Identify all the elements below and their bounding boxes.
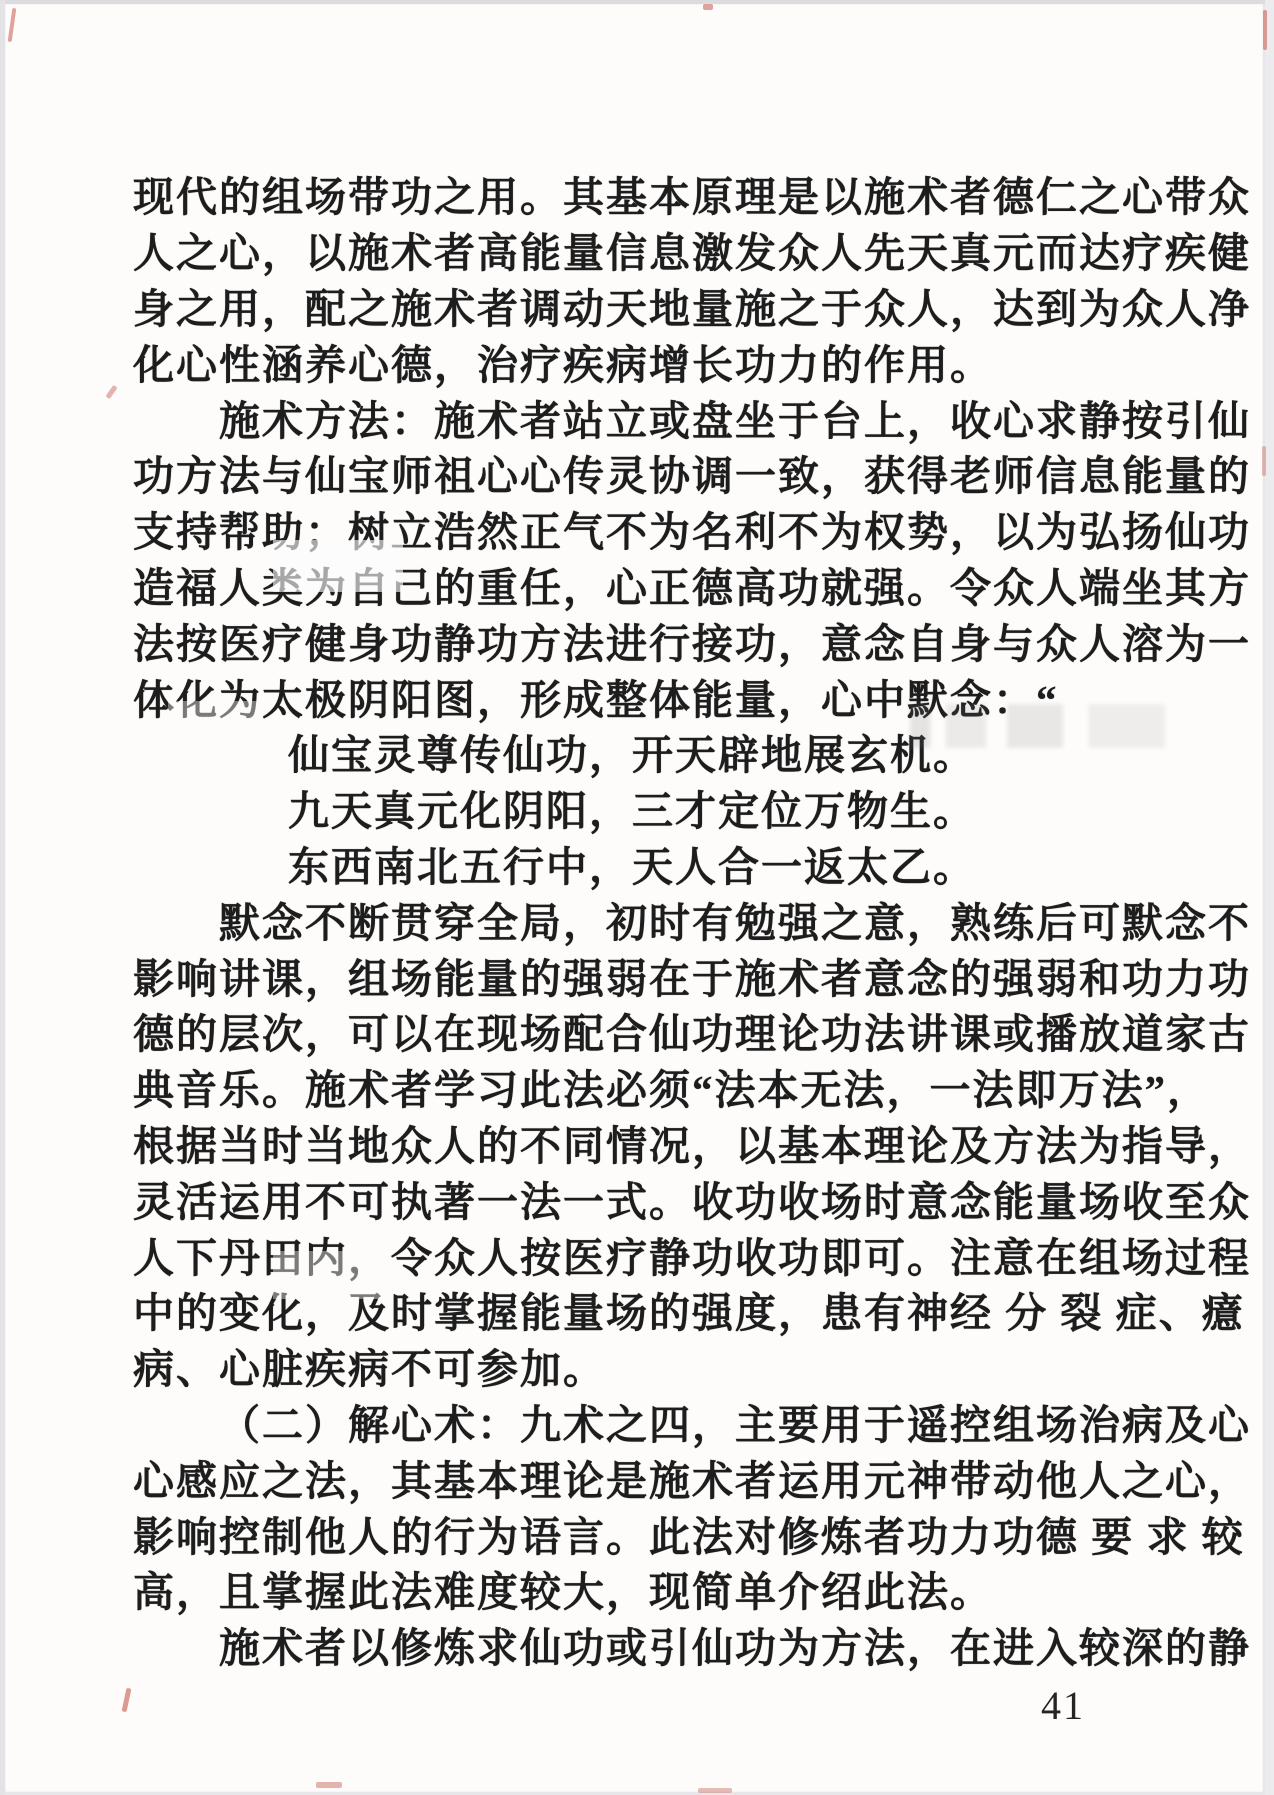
text-line-10: 体化为太极阴阳图，形成整体能量，心中默念：“ bbox=[133, 668, 1168, 724]
text-line-20: 人下丹田内，令众人按医疗静功收功即可。注意在组场过程 bbox=[133, 1226, 1168, 1282]
text-line-7: 支持帮助；树立浩然正气不为名利不为权势，以为弘扬仙功 bbox=[133, 501, 1168, 557]
text-line-21: 中的变化，及时掌握能量场的强度，患有神经 分 裂 症、癔 bbox=[133, 1282, 1168, 1338]
text-line-27: 施术者以修炼求仙功或引仙功为方法，在进入较深的静 bbox=[133, 1617, 1168, 1673]
text-line-24: 心感应之法，其基本理论是施术者运用元神带动他人之心， bbox=[133, 1449, 1168, 1505]
text-line-1: 现代的组场带功之用。其基本原理是以施术者德仁之心带众 bbox=[133, 166, 1168, 222]
text-line-14: 默念不断贯穿全局，初时有勉强之意，熟练后可默念不 bbox=[133, 891, 1168, 947]
scan-edge-right bbox=[1265, 0, 1274, 1795]
text-line-18: 根据当时当地众人的不同情况，以基本理论及方法为指导， bbox=[133, 1115, 1168, 1171]
text-line-25: 影响控制他人的行为语言。此法对修炼者功力功德 要 求 较 bbox=[133, 1505, 1168, 1561]
text-line-19: 灵活运用不可执著一法一式。收功收场时意念能量场收至众 bbox=[133, 1170, 1168, 1226]
page-text: 现代的组场带功之用。其基本原理是以施术者德仁之心带众人之心，以施术者高能量信息激… bbox=[133, 166, 1168, 1673]
text-line-17: 典音乐。施术者学习此法必须“法本无法，一法即万法”， bbox=[133, 1059, 1168, 1115]
text-line-22: 病、心脏疾病不可参加。 bbox=[133, 1338, 1168, 1394]
text-line-2: 人之心，以施术者高能量信息激发众人先天真元而达疗疾健 bbox=[133, 222, 1168, 278]
text-line-16: 德的层次，可以在现场配合仙功理论功法讲课或播放道家古 bbox=[133, 1003, 1168, 1059]
text-line-5: 施术方法：施术者站立或盘坐于台上，收心求静按引仙 bbox=[133, 389, 1168, 445]
scanned-book-page: 现代的组场带功之用。其基本原理是以施术者德仁之心带众人之心，以施术者高能量信息激… bbox=[0, 0, 1274, 1795]
paper-surface: 现代的组场带功之用。其基本原理是以施术者德仁之心带众人之心，以施术者高能量信息激… bbox=[5, 4, 1263, 1792]
text-line-12: 九天真元化阴阳，三才定位万物生。 bbox=[133, 780, 1168, 836]
text-line-4: 化心性涵养心德，治疗疾病增长功力的作用。 bbox=[133, 333, 1168, 389]
text-line-15: 影响讲课，组场能量的强弱在于施术者意念的强弱和功力功 bbox=[133, 947, 1168, 1003]
text-line-6: 功方法与仙宝师祖心心传灵协调一致，获得老师信息能量的 bbox=[133, 445, 1168, 501]
text-line-3: 身之用，配之施术者调动天地量施之于众人，达到为众人净 bbox=[133, 278, 1168, 334]
text-line-11: 仙宝灵尊传仙功，开天辟地展玄机。 bbox=[133, 724, 1168, 780]
text-line-26: 高，且掌握此法难度较大，现简单介绍此法。 bbox=[133, 1561, 1168, 1617]
text-line-23: （二）解心术：九术之四，主要用于遥控组场治病及心 bbox=[133, 1394, 1168, 1450]
text-line-13: 东西南北五行中，天人合一返太乙。 bbox=[133, 836, 1168, 892]
page-number: 41 bbox=[1041, 1682, 1085, 1729]
text-line-8: 造福人类为自己的重任，心正德高功就强。令众人端坐其方 bbox=[133, 557, 1168, 613]
text-line-9: 法按医疗健身功静功方法进行接功，意念自身与众人溶为一 bbox=[133, 612, 1168, 668]
